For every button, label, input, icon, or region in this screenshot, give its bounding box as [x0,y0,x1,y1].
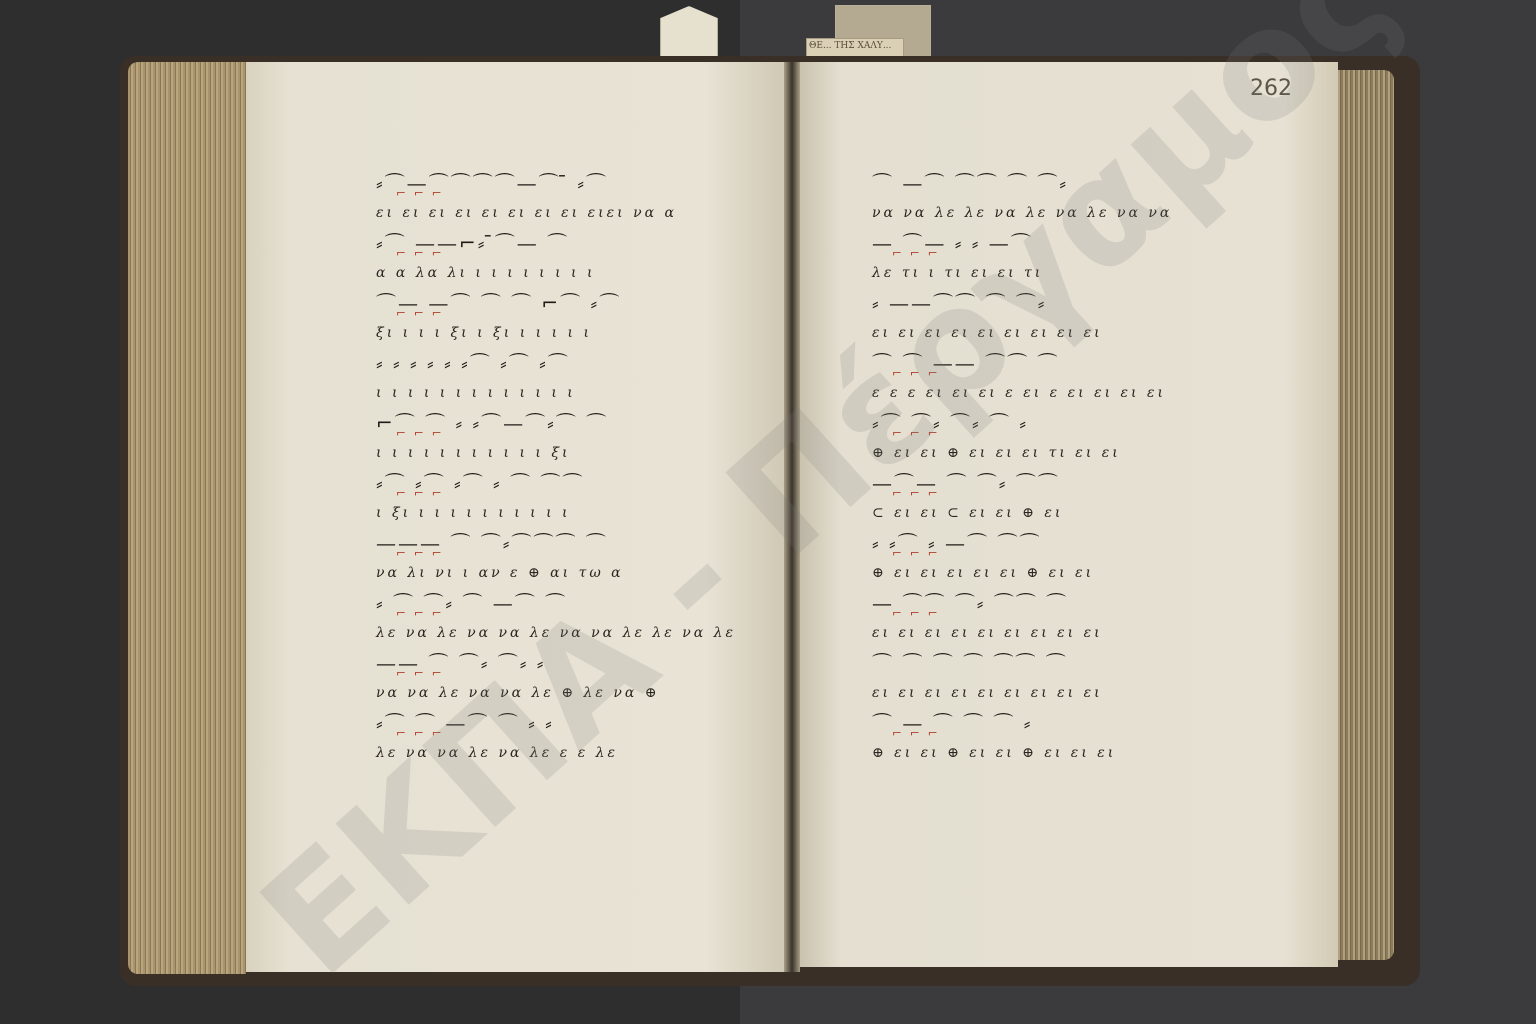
folio-number: 262 [1250,76,1292,101]
neume-line: ⸗⌒ ——⌐⸗ ̄⌒— ⌒⌐ ⌐ ⌐ [376,228,756,258]
lyric-syllables: ει ει ει ει ει ει ει ει ει [872,625,1103,641]
lyric-syllable-line: να να λε να να λε ⊕ λε να ⊕ [376,678,756,708]
lyric-syllable-line: λε τι ι τι ει ει τι [872,258,1242,288]
left-page-text: ⸗⌒—⌒⌒⌒⌒—⌒ ̄ ⸗⌒⌐ ⌐ ⌐ει ει ει ει ει ει ει … [376,168,756,768]
neume-line: — ⌒— ⸗ ⸗ —⌒⌐ ⌐ ⌐ [872,228,1242,258]
neume-line: ⸗ ⌒ ⌒⸗ ⌒ —⌒ ⌒⌐ ⌐ ⌐ [376,588,756,618]
lyric-syllables: λε να να λε να λε ε ε λε [376,745,618,761]
lyric-syllables: ει ει ει ει ει ει ει ει ει [872,685,1103,701]
lyric-syllables: λε να λε να να λε να να λε λε να λε [376,625,736,641]
lyric-syllable-line: ι ι ι ι ι ι ι ι ι ι ι ι ι [376,378,756,408]
right-page-text: ⌒ —⌒ ⌒⌒ ⌒ ⌒⸗να να λε λε να λε να λε να ν… [872,168,1242,768]
neume-line: ⸗⌒ ⌒ —⌒ ⌒ ⸗ ⸗⌐ ⌐ ⌐ [376,708,756,738]
lyric-syllables: να να λε να να λε ⊕ λε να ⊕ [376,685,660,701]
neume-line: ⸗ ⸗ ⸗ ⸗ ⸗ ⸗⌒ ⸗⌒ ⸗⌒ [376,348,756,378]
neume-line: —⌒— ⌒ ⌒⸗ ⌒⌒⌐ ⌐ ⌐ [872,468,1242,498]
lyric-syllable-line: ξι ι ι ι ξι ι ξι ι ι ι ι ι [376,318,756,348]
lyric-syllable-line: ι ξι ι ι ι ι ι ι ι ι ι ι [376,498,756,528]
lyric-syllable-line: να λι νι ι αν ε ⊕ αι τω α [376,558,756,588]
lyric-syllable-line: λε να να λε να λε ε ε λε [376,738,756,768]
neume-line: ⸗ ——⌒⌒ ⌒ ⌒⸗ [872,288,1242,318]
lyric-syllables: ι ξι ι ι ι ι ι ι ι ι ι ι [376,505,571,521]
lyric-syllable-line: ει ει ει ει ει ει ει ει ει [872,678,1242,708]
lyric-syllables: ι ι ι ι ι ι ι ι ι ι ι ι ι [376,385,576,401]
lyric-syllables: ⊕ ει ει ⊕ ει ει ⊕ ει ει ει [872,745,1116,761]
lyric-syllable-line: ει ει ει ει ει ει ει ει ει [872,618,1242,648]
lyric-syllable-line: ⊂ ει ει ⊂ ει ει ⊕ ει [872,498,1242,528]
lyric-syllables: ξι ι ι ι ξι ι ξι ι ι ι ι ι [376,325,592,341]
lyric-syllable-line: να να λε λε να λε να λε να να [872,198,1242,228]
neume-line: — ⌒⌒ ⌒⸗ ⌒⌒ ⌒⌐ ⌐ ⌐ [872,588,1242,618]
neume-line: ⸗⌒ ⌒⸗ ⌒⸗ ⌒ ⸗⌐ ⌐ ⌐ [872,408,1242,438]
page-edges-left [128,62,246,974]
lyric-syllable-line: α α λα λι ι ι ι ι ι ι ι ι [376,258,756,288]
lyric-syllables: ι ι ι ι ι ι ι ι ι ι ι ξι [376,445,571,461]
lyric-syllables: ⊕ ει ει ⊕ ει ει ει τι ει ει [872,445,1121,461]
lyric-syllable-line: ⊕ ει ει ⊕ ει ει ει τι ει ει [872,438,1242,468]
lyric-syllable-line: ει ει ει ει ει ει ει ει ειει να α [376,198,756,228]
neume-line: ⌒ —⌒ ⌒⌒ ⌒ ⌒⸗ [872,168,1242,198]
lyric-syllables: λε τι ι τι ει ει τι [872,265,1043,281]
neume-line: ⌒ — ⌒ ⌒ ⌒ ⸗⌐ ⌐ ⌐ [872,708,1242,738]
lyric-syllable-line: ε ε ε ει ει ει ε ει ε ει ει ει ει [872,378,1242,408]
neume-line: ⸗ ⸗⌒ ⸗ —⌒ ⌒⌒⌐ ⌐ ⌐ [872,528,1242,558]
neume-notation: ⸗ ⸗ ⸗ ⸗ ⸗ ⸗⌒ ⸗⌒ ⸗⌒ [376,351,570,375]
lyric-syllable-line: ⊕ ει ει ει ει ει ⊕ ει ει [872,558,1242,588]
lyric-syllables: να λι νι ι αν ε ⊕ αι τω α [376,565,624,581]
neume-notation: ⌒ ⌒ ⌒ ⌒ ⌒⌒ ⌒ [872,651,1068,675]
neume-notation: ⸗ ——⌒⌒ ⌒ ⌒⸗ [872,291,1046,315]
page-edges-right [1336,70,1394,960]
neume-line: ⌒ ⌒ ⌒ ⌒ ⌒⌒ ⌒ [872,648,1242,678]
lyric-syllable-line: λε να λε να να λε να να λε λε να λε [376,618,756,648]
neume-line: ⸗⌒—⌒⌒⌒⌒—⌒ ̄ ⸗⌒⌐ ⌐ ⌐ [376,168,756,198]
lyric-syllables: ε ε ε ει ει ει ε ει ε ει ει ει ει [872,385,1166,401]
lyric-syllables: να να λε λε να λε να λε να να [872,205,1172,221]
lyric-syllable-line: ⊕ ει ει ⊕ ει ει ⊕ ει ει ει [872,738,1242,768]
neume-line: ⸗⌒ ⸗⌒ ⸗⌒ ⸗ ⌒ ⌒⌒⌐ ⌐ ⌐ [376,468,756,498]
neume-line: ⌐⌒ ⌒ ⸗ ⸗⌒—⌒⸗⌒ ⌒⌐ ⌐ ⌐ [376,408,756,438]
neume-line: ⌒— —⌒ ⌒ ⌒ ⌐⌒ ⸗⌒⌐ ⌐ ⌐ [376,288,756,318]
lyric-syllables: α α λα λι ι ι ι ι ι ι ι ι [376,265,595,281]
neume-notation: ⌒ —⌒ ⌒⌒ ⌒ ⌒⸗ [872,171,1068,195]
lyric-syllable-line: ι ι ι ι ι ι ι ι ι ι ι ξι [376,438,756,468]
neume-line: —— ⌒ ⌒⸗ ⌒⸗ ⸗⌐ ⌐ ⌐ [376,648,756,678]
neume-line: ⌒ ⌒ —— ⌒⌒ ⌒⌐ ⌐ ⌐ [872,348,1242,378]
lyric-syllables: ει ει ει ει ει ει ει ει ειει να α [376,205,677,221]
lyric-syllables: ⊕ ει ει ει ει ει ⊕ ει ει [872,565,1094,581]
book-gutter [784,62,800,972]
lyric-syllables: ⊂ ει ει ⊂ ει ει ⊕ ει [872,505,1063,521]
neume-line: ——— ⌒ ⌒⸗⌒⌒⌒ ⌒⌐ ⌐ ⌐ [376,528,756,558]
lyric-syllable-line: ει ει ει ει ει ει ει ει ει [872,318,1242,348]
lyric-syllables: ει ει ει ει ει ει ει ει ει [872,325,1103,341]
